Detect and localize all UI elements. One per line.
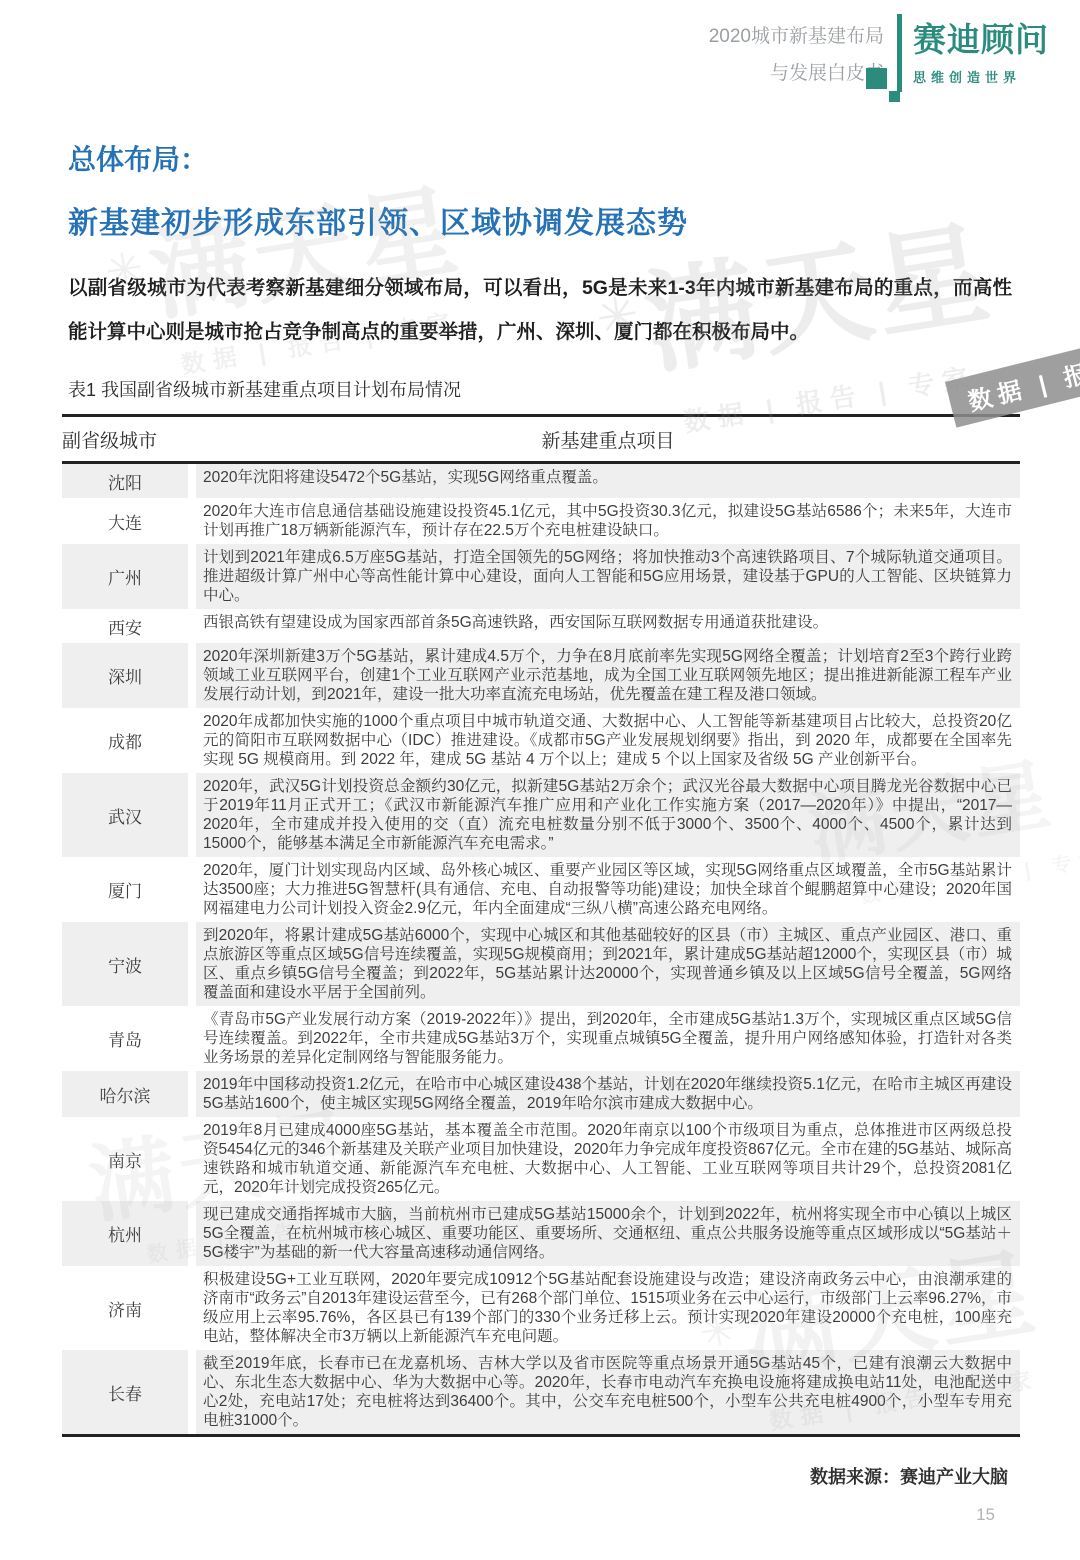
city-cell: 深圳 [62, 643, 188, 708]
project-cell: 2020年，厦门计划实现岛内区域、岛外核心城区、重要产业园区等区域，实现5G网络… [196, 857, 1020, 922]
project-cell: 《青岛市5G产业发展行动方案（2019-2022年）》提出，到2020年，全市建… [196, 1006, 1020, 1071]
title-block: 总体布局： 新基建初步形成东部引领、区域协调发展态势 [0, 138, 1080, 242]
project-cell: 2020年，武汉5G计划投资总金额约30亿元，拟新建5G基站2万余个；武汉光谷最… [196, 773, 1020, 857]
city-cell: 青岛 [62, 1006, 188, 1071]
city-cell: 广州 [62, 544, 188, 609]
table-header-row: 副省级城市 新基建重点项目 [62, 417, 1020, 461]
data-source-note: 数据来源：赛迪产业大脑 [0, 1463, 1008, 1489]
project-cell: 2019年中国移动投资1.2亿元，在哈市中心城区建设438个基站，计划在2020… [196, 1071, 1020, 1117]
table-row: 成都 2020年成都加快实施的1000个重点项目中城市轨道交通、大数据中心、人工… [62, 708, 1020, 773]
table-row: 深圳 2020年深圳新建3万个5G基站，累计建成4.5万个，力争在8月底前率先实… [62, 643, 1020, 708]
city-cell: 大连 [62, 498, 188, 544]
table-body: 沈阳 2020年沈阳将建设5472个5G基站，实现5G网络重点覆盖。 大连 20… [62, 464, 1020, 1434]
city-cell: 济南 [62, 1266, 188, 1350]
brand-name: 赛迪顾问 [913, 14, 1063, 61]
page-title-line2: 新基建初步形成东部引领、区域协调发展态势 [68, 198, 1020, 242]
city-cell: 哈尔滨 [62, 1071, 188, 1117]
project-cell: 2020年大连市信息通信基础设施建设投资45.1亿元，其中5G投资30.3亿元，… [196, 498, 1020, 544]
table-row: 厦门 2020年，厦门计划实现岛内区域、岛外核心城区、重要产业园区等区域，实现5… [62, 857, 1020, 922]
city-cell: 长春 [62, 1350, 188, 1434]
city-cell: 杭州 [62, 1201, 188, 1266]
table-row: 哈尔滨 2019年中国移动投资1.2亿元，在哈市中心城区建设438个基站，计划在… [62, 1071, 1020, 1117]
document-page: 2020城市新基建布局 与发展白皮书 赛迪顾问 思维创造世界 总体布局： 新基建… [0, 0, 1080, 1560]
brand-slogan: 思维创造世界 [913, 67, 1063, 86]
city-cell: 厦门 [62, 857, 188, 922]
table-row: 广州 计划到2021年建成6.5万座5G基站，打造全国领先的5G网络；将加快推动… [62, 544, 1020, 609]
table-row: 长春 截至2019年底，长春市已在龙嘉机场、吉林大学以及省市医院等重点场景开通5… [62, 1350, 1020, 1434]
table-row: 宁波 到2020年，将累计建成5G基站6000个，实现中心城区和其他基础较好的区… [62, 922, 1020, 1006]
column-header-project: 新基建重点项目 [196, 426, 1020, 453]
column-header-city: 副省级城市 [62, 426, 196, 453]
project-cell: 现已建成交通指挥城市大脑，当前杭州市已建成5G基站15000余个，计划到2022… [196, 1201, 1020, 1266]
logo-square-big [866, 68, 887, 89]
project-cell: 积极建设5G+工业互联网，2020年要完成10912个5G基站配套设施建设与改造… [196, 1266, 1020, 1350]
city-cell: 沈阳 [62, 464, 188, 498]
table-row: 大连 2020年大连市信息通信基础设施建设投资45.1亿元，其中5G投资30.3… [62, 498, 1020, 544]
table-bottom-rule [62, 1434, 1020, 1437]
table-caption: 表1 我国副省级城市新基建重点项目计划布局情况 [68, 376, 1020, 402]
project-cell: 2020年深圳新建3万个5G基站，累计建成4.5万个，力争在8月底前率先实现5G… [196, 643, 1020, 708]
project-cell: 2020年成都加快实施的1000个重点项目中城市轨道交通、大数据中心、人工智能等… [196, 708, 1020, 773]
city-cell: 西安 [62, 609, 188, 643]
city-cell: 南京 [62, 1117, 188, 1201]
page-header: 2020城市新基建布局 与发展白皮书 赛迪顾问 思维创造世界 [0, 0, 1080, 112]
table-row: 青岛 《青岛市5G产业发展行动方案（2019-2022年）》提出，到2020年，… [62, 1006, 1020, 1071]
table-row: 济南 积极建设5G+工业互联网，2020年要完成10912个5G基站配套设施建设… [62, 1266, 1020, 1350]
intro-paragraph: 以副省级城市为代表考察新基建细分领域布局，可以看出，5G是未来1-3年内城市新基… [68, 266, 1012, 354]
table-row: 南京 2019年8月已建成4000座5G基站，基本覆盖全市范围。2020年南京以… [62, 1117, 1020, 1201]
table-row: 沈阳 2020年沈阳将建设5472个5G基站，实现5G网络重点覆盖。 [62, 464, 1020, 498]
project-cell: 2020年沈阳将建设5472个5G基站，实现5G网络重点覆盖。 [196, 464, 1020, 498]
project-cell: 西银高铁有望建设成为国家西部首条5G高速铁路，西安国际互联网数据专用通道获批建设… [196, 609, 1020, 643]
project-cell: 截至2019年底，长春市已在龙嘉机场、吉林大学以及省市医院等重点场景开通5G基站… [196, 1350, 1020, 1434]
city-cell: 成都 [62, 708, 188, 773]
table-row: 武汉 2020年，武汉5G计划投资总金额约30亿元，拟新建5G基站2万余个；武汉… [62, 773, 1020, 857]
tagline-line2: 与发展白皮书 [709, 55, 884, 92]
project-cell: 2019年8月已建成4000座5G基站，基本覆盖全市范围。2020年南京以100… [196, 1117, 1020, 1201]
logo-square-small [889, 91, 900, 102]
brand-divider-bar [897, 14, 902, 92]
brand-logo: 赛迪顾问 思维创造世界 [913, 14, 1063, 86]
project-cell: 到2020年，将累计建成5G基站6000个，实现中心城区和其他基础较好的区县（市… [196, 922, 1020, 1006]
projects-table: 副省级城市 新基建重点项目 沈阳 2020年沈阳将建设5472个5G基站，实现5… [62, 414, 1020, 1437]
table-row: 西安 西银高铁有望建设成为国家西部首条5G高速铁路，西安国际互联网数据专用通道获… [62, 609, 1020, 643]
page-number: 15 [0, 1505, 995, 1525]
page-title-line1: 总体布局： [68, 138, 1020, 178]
city-cell: 宁波 [62, 922, 188, 1006]
tagline-line1: 2020城市新基建布局 [709, 18, 884, 55]
city-cell: 武汉 [62, 773, 188, 857]
project-cell: 计划到2021年建成6.5万座5G基站，打造全国领先的5G网络；将加快推动3个高… [196, 544, 1020, 609]
whitepaper-tagline: 2020城市新基建布局 与发展白皮书 [709, 18, 884, 92]
table-row: 杭州 现已建成交通指挥城市大脑，当前杭州市已建成5G基站15000余个，计划到2… [62, 1201, 1020, 1266]
